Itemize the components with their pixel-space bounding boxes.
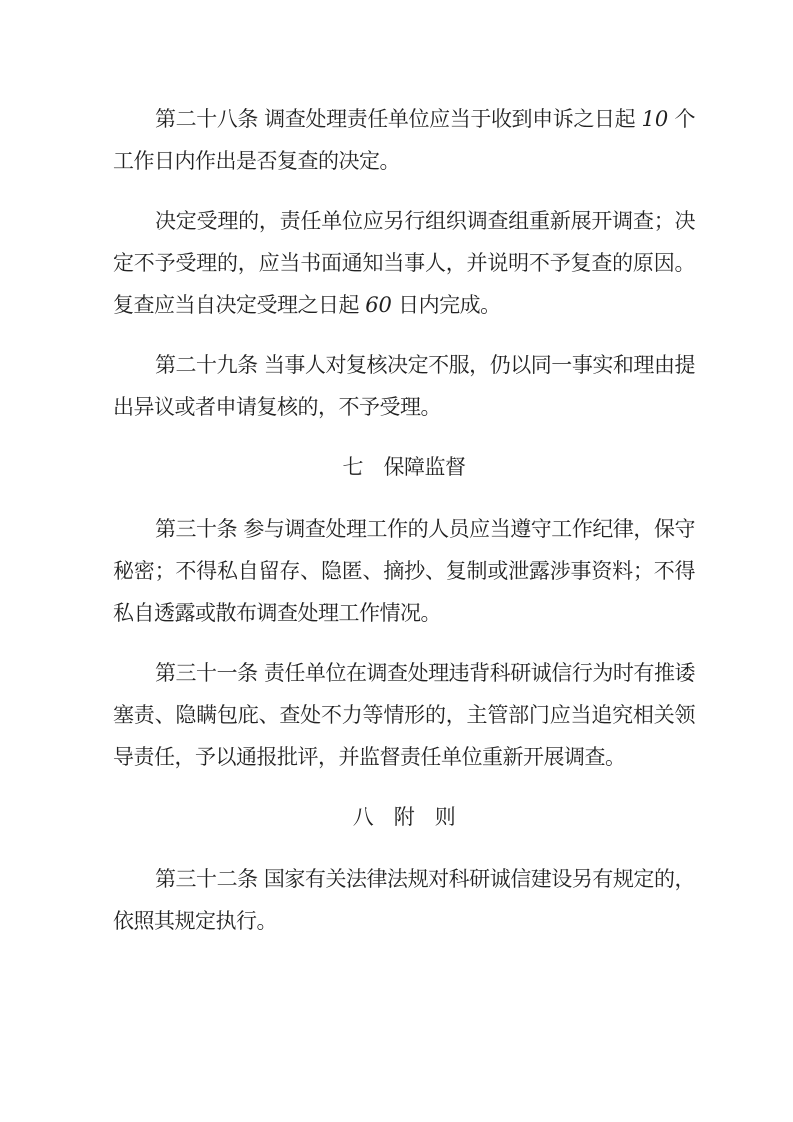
document-page: 第二十八条 调查处理责任单位应当于收到申诉之日起 10 个工作日内作出是否复查的… bbox=[0, 0, 793, 1122]
text-run: 第三十条 参与调查处理工作的人员应当遵守工作纪律，保守秘密；不得私自留存、隐匿、… bbox=[113, 517, 695, 625]
inline-number: 10 bbox=[641, 107, 668, 131]
text-run: 七 保障监督 bbox=[343, 455, 466, 479]
inline-number: 60 bbox=[365, 293, 392, 317]
body-paragraph: 决定受理的，责任单位应另行组织调查组重新展开调查；决定不予受理的，应当书面通知当… bbox=[113, 200, 695, 326]
document-content: 第二十八条 调查处理责任单位应当于收到申诉之日起 10 个工作日内作出是否复查的… bbox=[113, 98, 695, 942]
body-paragraph: 第三十条 参与调查处理工作的人员应当遵守工作纪律，保守秘密；不得私自留存、隐匿、… bbox=[113, 508, 695, 634]
text-run: 第三十二条 国家有关法律法规对科研诚信建设另有规定的，依照其规定执行。 bbox=[113, 867, 695, 933]
text-run: 第三十一条 责任单位在调查处理违背科研诚信行为时有推诿塞责、隐瞒包庇、查处不力等… bbox=[113, 661, 695, 769]
body-paragraph: 第三十一条 责任单位在调查处理违背科研诚信行为时有推诿塞责、隐瞒包庇、查处不力等… bbox=[113, 652, 695, 778]
section-heading: 七 保障监督 bbox=[113, 446, 695, 488]
body-paragraph: 第三十二条 国家有关法律法规对科研诚信建设另有规定的，依照其规定执行。 bbox=[113, 858, 695, 942]
body-paragraph: 第二十九条 当事人对复核决定不服，仍以同一事实和理由提出异议或者申请复核的，不予… bbox=[113, 344, 695, 428]
text-run: 日内完成。 bbox=[392, 293, 501, 317]
text-run: 第二十九条 当事人对复核决定不服，仍以同一事实和理由提出异议或者申请复核的，不予… bbox=[113, 353, 695, 419]
section-heading: 八 附 则 bbox=[113, 796, 695, 838]
body-paragraph: 第二十八条 调查处理责任单位应当于收到申诉之日起 10 个工作日内作出是否复查的… bbox=[113, 98, 695, 182]
text-run: 八 附 则 bbox=[353, 805, 456, 829]
text-run: 第二十八条 调查处理责任单位应当于收到申诉之日起 bbox=[155, 107, 641, 131]
